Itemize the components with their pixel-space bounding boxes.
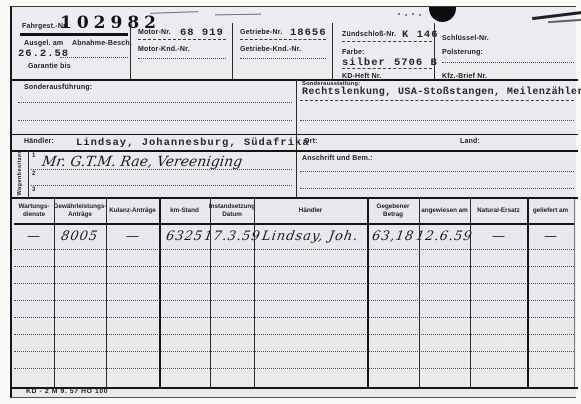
- wagenbesitzer-label: Wagenbesitzer: [18, 151, 24, 195]
- dotted-fill-line: [300, 188, 574, 189]
- getriebe-label: Getriebe-Nr.: [240, 29, 282, 37]
- getriebe-number-value: 18656: [290, 28, 327, 39]
- dotted-fill-line: [300, 171, 574, 172]
- section-border: [12, 79, 578, 81]
- service-record-card: Fahrgest.-Nr. 102982 Ausgel. am Abnahme-…: [10, 6, 576, 398]
- dot-marks: [398, 13, 400, 15]
- cell-angewiesen-am: 12.6.59: [419, 224, 470, 249]
- dotted-fill-line: [138, 58, 226, 59]
- table-gridline: [210, 199, 211, 387]
- farbe-value: silber: [342, 58, 386, 69]
- wagenbesitzer-tab: Wagenbesitzer: [14, 150, 29, 197]
- table-row-line: [14, 368, 574, 369]
- ausgel-label: Ausgel. am: [24, 40, 63, 48]
- column-divider: [130, 23, 131, 79]
- table-data-row: — 8005 — 6325 17.3.59 Lindsay, Joh. 63,1…: [14, 224, 574, 249]
- motor-label: Motor-Nr.: [138, 29, 171, 37]
- cell-instandsetzung-datum: 17.3.59: [210, 224, 254, 249]
- owner-row-number: 1: [32, 153, 35, 159]
- dashed-fill-line: [300, 100, 574, 101]
- pen-scribble-mark: [548, 19, 581, 23]
- ort-label: Ort:: [304, 138, 318, 146]
- sonderausfuehrung-label: Sonderausführung:: [24, 84, 92, 92]
- dotted-fill-line: [31, 185, 292, 186]
- heavy-underline: [20, 33, 128, 36]
- zuendschloss-label: Zündschloß-Nr.: [342, 31, 396, 39]
- col-header-betrag: Gegebener Betrag: [367, 199, 419, 223]
- dotted-fill-line: [442, 62, 574, 63]
- table-gridline: [254, 199, 255, 387]
- abnahme-label: Abnahme-Besch.: [72, 40, 132, 48]
- haendler-value: Lindsay, Johannesburg, Südafrika: [76, 138, 310, 149]
- dashed-fill-line: [342, 41, 432, 42]
- cell-kulanz: —: [106, 224, 159, 249]
- dotted-fill-line: [18, 102, 292, 103]
- table-row-line: [14, 300, 574, 301]
- table-row-line: [14, 334, 574, 335]
- motor-number-value: 68 919: [180, 28, 224, 39]
- table-gridline: [527, 199, 529, 387]
- col-header-kulanz: Kulanz-Anträge: [106, 199, 159, 223]
- table-row-line: [14, 283, 574, 284]
- cell-km-stand: 6325: [159, 224, 210, 249]
- dotted-fill-line: [31, 169, 292, 170]
- column-divider: [232, 23, 233, 79]
- table-row-line: [14, 266, 574, 267]
- section-border: [12, 134, 578, 135]
- form-print-code: KD - 2 M 9. 57 HÖ 100: [26, 389, 108, 396]
- table-row-line: [14, 249, 574, 250]
- dotted-fill-line: [240, 58, 326, 59]
- column-divider: [332, 23, 333, 79]
- polsterung-label: Polsterung:: [442, 49, 483, 57]
- dotted-fill-line: [60, 57, 128, 58]
- col-header-geliefert: geliefert am: [527, 199, 574, 223]
- col-header-instandsetzung: Instandsetzung Datum: [210, 199, 254, 223]
- dashed-fill-line: [138, 39, 226, 40]
- getriebe-knd-label: Getriebe-Knd.-Nr.: [240, 46, 301, 54]
- column-divider: [434, 23, 435, 79]
- table-gridline: [106, 199, 107, 387]
- schluessel-label: Schlüssel-Nr.: [442, 35, 489, 43]
- section-border: [12, 150, 578, 152]
- table-row-line: [14, 317, 574, 318]
- dashed-fill-line: [342, 68, 432, 69]
- cell-haendler: Lindsay, Joh.: [254, 224, 367, 249]
- col-header-haendler: Händler: [254, 199, 367, 223]
- table-gridline: [54, 199, 55, 387]
- cell-geliefert-am: —: [527, 224, 574, 249]
- anschrift-label: Anschrift und Bem.:: [302, 155, 373, 163]
- farbe-label: Farbe:: [342, 49, 365, 57]
- col-header-angewiesen: angewiesen am: [419, 199, 470, 223]
- dotted-fill-line: [300, 120, 574, 121]
- col-header-gewaehrleistung: Gewährleistungs- Anträge: [54, 199, 106, 223]
- haendler-label: Händler:: [24, 138, 54, 146]
- dashed-fill-line: [240, 39, 326, 40]
- sonderausstattung-value: Rechtslenkung, USA-Stoßstangen, Meilenzä…: [302, 88, 581, 98]
- table-gridline: [574, 199, 575, 387]
- farbe-code-value: 5706 B: [394, 58, 438, 69]
- col-header-wartungsdienste: Wartungs- dienste: [14, 199, 54, 223]
- pen-stroke-mark: [215, 14, 261, 16]
- table-row-line: [14, 351, 574, 352]
- cell-gewaehrleistung: 8005: [54, 224, 106, 249]
- punch-hole-mark: [429, 7, 456, 22]
- owner-row-number: 3: [32, 187, 35, 193]
- col-header-km-stand: km-Stand: [159, 199, 210, 223]
- table-gridline: [470, 199, 471, 387]
- table-gridline: [159, 199, 161, 387]
- table-gridline: [367, 199, 369, 387]
- garantie-label: Garantie bis: [28, 63, 71, 71]
- motor-knd-label: Motor-Knd.-Nr.: [138, 46, 190, 54]
- cell-betrag: 63,18: [367, 224, 419, 249]
- cell-wartungsdienste: —: [14, 224, 54, 249]
- table-header-row: Wartungs- dienste Gewährleistungs- Anträ…: [14, 199, 574, 223]
- owner-row-number: 2: [32, 171, 35, 177]
- land-label: Land:: [460, 138, 480, 146]
- owner-name-handwritten: Mr. G.T.M. Rae, Vereeniging: [41, 154, 243, 170]
- cell-natural-ersatz: —: [470, 224, 527, 249]
- table-gridline: [419, 199, 420, 387]
- dotted-fill-line: [18, 120, 292, 121]
- col-header-natural-ersatz: Natural-Ersatz: [470, 199, 527, 223]
